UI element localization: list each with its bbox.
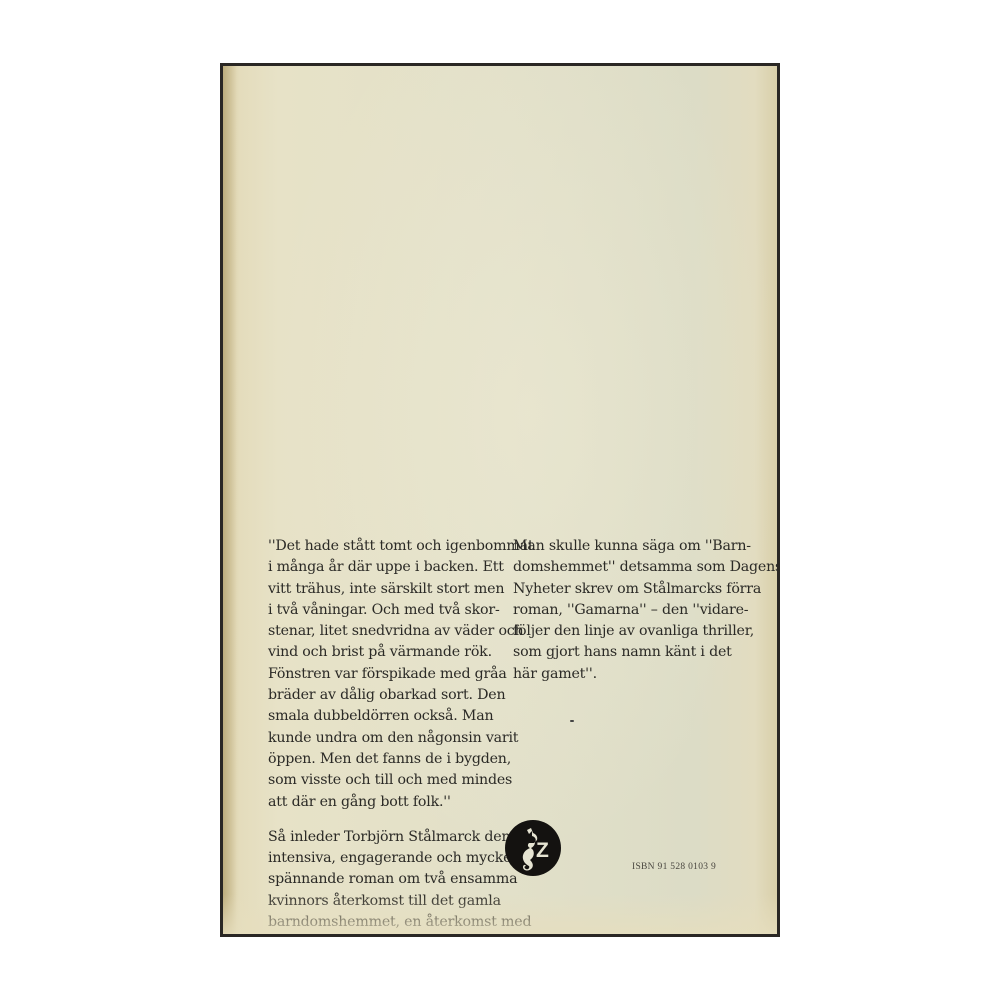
excerpt-line: bräder av dålig obarkad sort. Den — [268, 685, 508, 706]
svg-text:Z: Z — [536, 839, 549, 862]
review-column: Man skulle kunna säga om ''Barn- domshem… — [513, 536, 763, 685]
review-line: här gamet''. — [513, 664, 763, 685]
excerpt-column: ''Det hade stått tomt och igenbommat i m… — [268, 536, 508, 937]
review-line: följer den linje av ovanliga thriller, — [513, 621, 763, 642]
intro-line: många komplikationer . . . — [268, 933, 508, 937]
review-line: roman, ''Gamarna'' – den ''vidare- — [513, 600, 763, 621]
excerpt-line: i många år där uppe i backen. Ett — [268, 557, 508, 578]
excerpt-line: smala dubbeldörren också. Man — [268, 706, 508, 727]
excerpt-line: Fönstren var förspikade med gråa — [268, 664, 508, 685]
excerpt-line: som visste och till och med mindes — [268, 770, 508, 791]
excerpt-line: kunde undra om den någonsin varit — [268, 728, 508, 749]
excerpt-line: ''Det hade stått tomt och igenbommat — [268, 536, 508, 557]
intro-line: kvinnors återkomst till det gamla — [268, 891, 508, 912]
intro-line: spännande roman om två ensamma — [268, 869, 508, 890]
review-line: som gjort hans namn känt i det — [513, 642, 763, 663]
paper-speck — [570, 720, 574, 722]
intro-line: barndomshemmet, en återkomst med — [268, 912, 508, 933]
review-line: domshemmet'' detsamma som Dagens — [513, 557, 763, 578]
intro-line: Så inleder Torbjörn Stålmarck denna — [268, 827, 508, 848]
excerpt-line: öppen. Men det fanns de i bygden, — [268, 749, 508, 770]
intro-paragraph: Så inleder Torbjörn Stålmarck denna inte… — [268, 827, 508, 937]
intro-line: intensiva, engagerande och mycket — [268, 848, 508, 869]
review-paragraph: Man skulle kunna säga om ''Barn- domshem… — [513, 536, 763, 685]
excerpt-line: i två våningar. Och med två skor- — [268, 600, 508, 621]
excerpt-line: vitt trähus, inte särskilt stort men — [268, 579, 508, 600]
review-line: Man skulle kunna säga om ''Barn- — [513, 536, 763, 557]
excerpt-line: att där en gång bott folk.'' — [268, 792, 508, 813]
isbn-number: ISBN 91 528 0103 9 — [632, 862, 716, 872]
book-back-cover: ''Det hade stått tomt och igenbommat i m… — [220, 63, 780, 937]
excerpt-line: vind och brist på värmande rök. — [268, 642, 508, 663]
seahorse-z-logo-icon: Z — [505, 820, 561, 876]
review-line: Nyheter skrev om Stålmarcks förra — [513, 579, 763, 600]
excerpt-line: stenar, litet snedvridna av väder och — [268, 621, 508, 642]
excerpt-paragraph: ''Det hade stått tomt och igenbommat i m… — [268, 536, 508, 813]
